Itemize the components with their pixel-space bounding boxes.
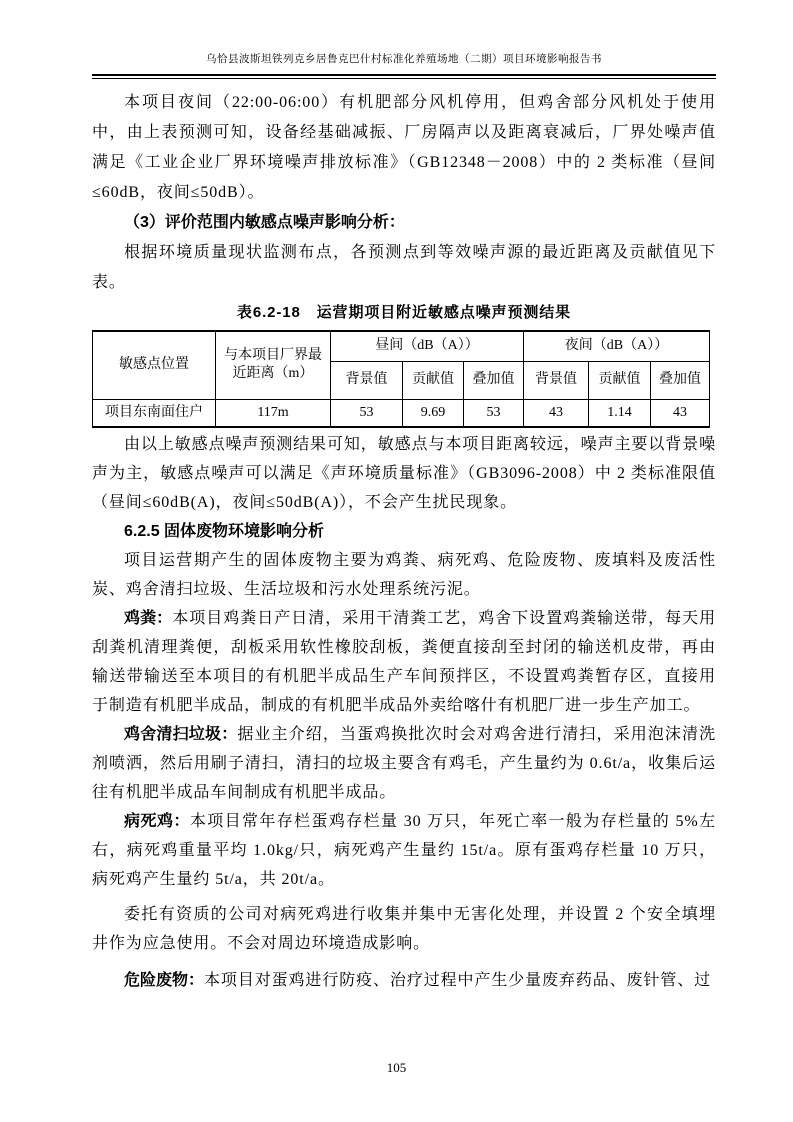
solid-waste-section: 由以上敏感点噪声预测结果可知，敏感点与本项目距离较远，噪声主要以背景噪声为主，敏… bbox=[92, 430, 716, 995]
header-double-rule bbox=[92, 74, 716, 79]
report-page: 乌恰县波斯坦铁列克乡居鲁克巴什村标准化养殖场地（二期）项目环境影响报告书 本项目… bbox=[0, 0, 793, 1122]
paragraph-noise-conclusion: 由以上敏感点噪声预测结果可知，敏感点与本项目距离较远，噪声主要以背景噪声为主，敏… bbox=[92, 430, 716, 517]
th-night-background: 背景值 bbox=[524, 361, 589, 399]
table-caption: 表6.2-18 运营期项目附近敏感点噪声预测结果 bbox=[92, 301, 716, 325]
th-day-group: 昼间（dB（A）） bbox=[331, 331, 524, 361]
th-night-contribution: 贡献值 bbox=[589, 361, 651, 399]
cell-night-contribution: 1.14 bbox=[589, 399, 651, 427]
paragraph-chicken-manure: 鸡粪：本项目鸡粪日产日清，采用干清粪工艺，鸡舍下设置鸡粪输送带，每天用刮粪机清理… bbox=[92, 604, 716, 720]
lead-coop-sweeping-waste: 鸡舍清扫垃圾： bbox=[124, 726, 237, 743]
text-chicken-manure: 本项目鸡粪日产日清，采用干清粪工艺，鸡舍下设置鸡粪输送带，每天用刮粪机清理粪便，… bbox=[92, 610, 716, 714]
page-content: 乌恰县波斯坦铁列克乡居鲁克巴什村标准化养殖场地（二期）项目环境影响报告书 本项目… bbox=[92, 0, 716, 995]
paragraph-hazardous-waste: 危险废物：本项目对蛋鸡进行防疫、治疗过程中产生少量废弃药品、废针管、过 bbox=[92, 966, 716, 995]
cell-distance: 117m bbox=[216, 399, 331, 427]
lead-chicken-manure: 鸡粪： bbox=[124, 610, 172, 627]
text-hazardous-waste: 本项目对蛋鸡进行防疫、治疗过程中产生少量废弃药品、废针管、过 bbox=[204, 972, 711, 989]
paragraph-dead-chickens: 病死鸡：本项目常年存栏蛋鸡存栏量 30 万只，年死亡率一般为存栏量的 5%左右，… bbox=[92, 807, 716, 894]
paragraph-night-operation: 本项目夜间（22:00-06:00）有机肥部分风机停用，但鸡舍部分风机处于使用中… bbox=[92, 88, 716, 208]
th-night-superposed: 叠加值 bbox=[651, 361, 710, 399]
table-row: 项目东南面住户 117m 53 9.69 53 43 1.14 43 bbox=[93, 399, 710, 427]
lead-hazardous-waste: 危险废物： bbox=[124, 972, 204, 989]
heading-sensitive-point-analysis: （3）评价范围内敏感点噪声影响分析： bbox=[92, 208, 716, 238]
cell-night-superposed: 43 bbox=[651, 399, 710, 427]
paragraph-disposal: 委托有资质的公司对病死鸡进行收集并集中无害化处理，并设置 2 个安全填埋井作为应… bbox=[92, 900, 716, 958]
th-day-background: 背景值 bbox=[331, 361, 403, 399]
lead-dead-chickens: 病死鸡： bbox=[124, 813, 190, 830]
paragraph-coop-sweeping-waste: 鸡舍清扫垃圾：据业主介绍，当蛋鸡换批次时会对鸡舍进行清扫，采用泡沫清洗剂喷洒，然… bbox=[92, 720, 716, 807]
th-distance: 与本项目厂界最近距离（m） bbox=[216, 331, 331, 399]
cell-day-background: 53 bbox=[331, 399, 403, 427]
cell-location: 项目东南面住户 bbox=[93, 399, 216, 427]
page-number: 105 bbox=[0, 1060, 793, 1076]
th-sensitive-location: 敏感点位置 bbox=[93, 331, 216, 399]
cell-day-superposed: 53 bbox=[464, 399, 524, 427]
page-header-title: 乌恰县波斯坦铁列克乡居鲁克巴什村标准化养殖场地（二期）项目环境影响报告书 bbox=[92, 53, 716, 67]
cell-day-contribution: 9.69 bbox=[403, 399, 464, 427]
noise-prediction-table: 敏感点位置 与本项目厂界最近距离（m） 昼间（dB（A）） 夜间（dB（A）） … bbox=[92, 330, 710, 428]
th-night-group: 夜间（dB（A）） bbox=[524, 331, 710, 361]
th-day-superposed: 叠加值 bbox=[464, 361, 524, 399]
noise-section: 本项目夜间（22:00-06:00）有机肥部分风机停用，但鸡舍部分风机处于使用中… bbox=[92, 88, 716, 325]
paragraph-monitoring-intro: 根据环境质量现状监测布点，各预测点到等效噪声源的最近距离及贡献值见下表。 bbox=[92, 238, 716, 298]
heading-solid-waste: 6.2.5 固体废物环境影响分析 bbox=[92, 517, 716, 546]
th-day-contribution: 贡献值 bbox=[403, 361, 464, 399]
paragraph-solid-waste-overview: 项目运营期产生的固体废物主要为鸡粪、病死鸡、危险废物、废填料及废活性炭、鸡舍清扫… bbox=[92, 546, 716, 604]
cell-night-background: 43 bbox=[524, 399, 589, 427]
